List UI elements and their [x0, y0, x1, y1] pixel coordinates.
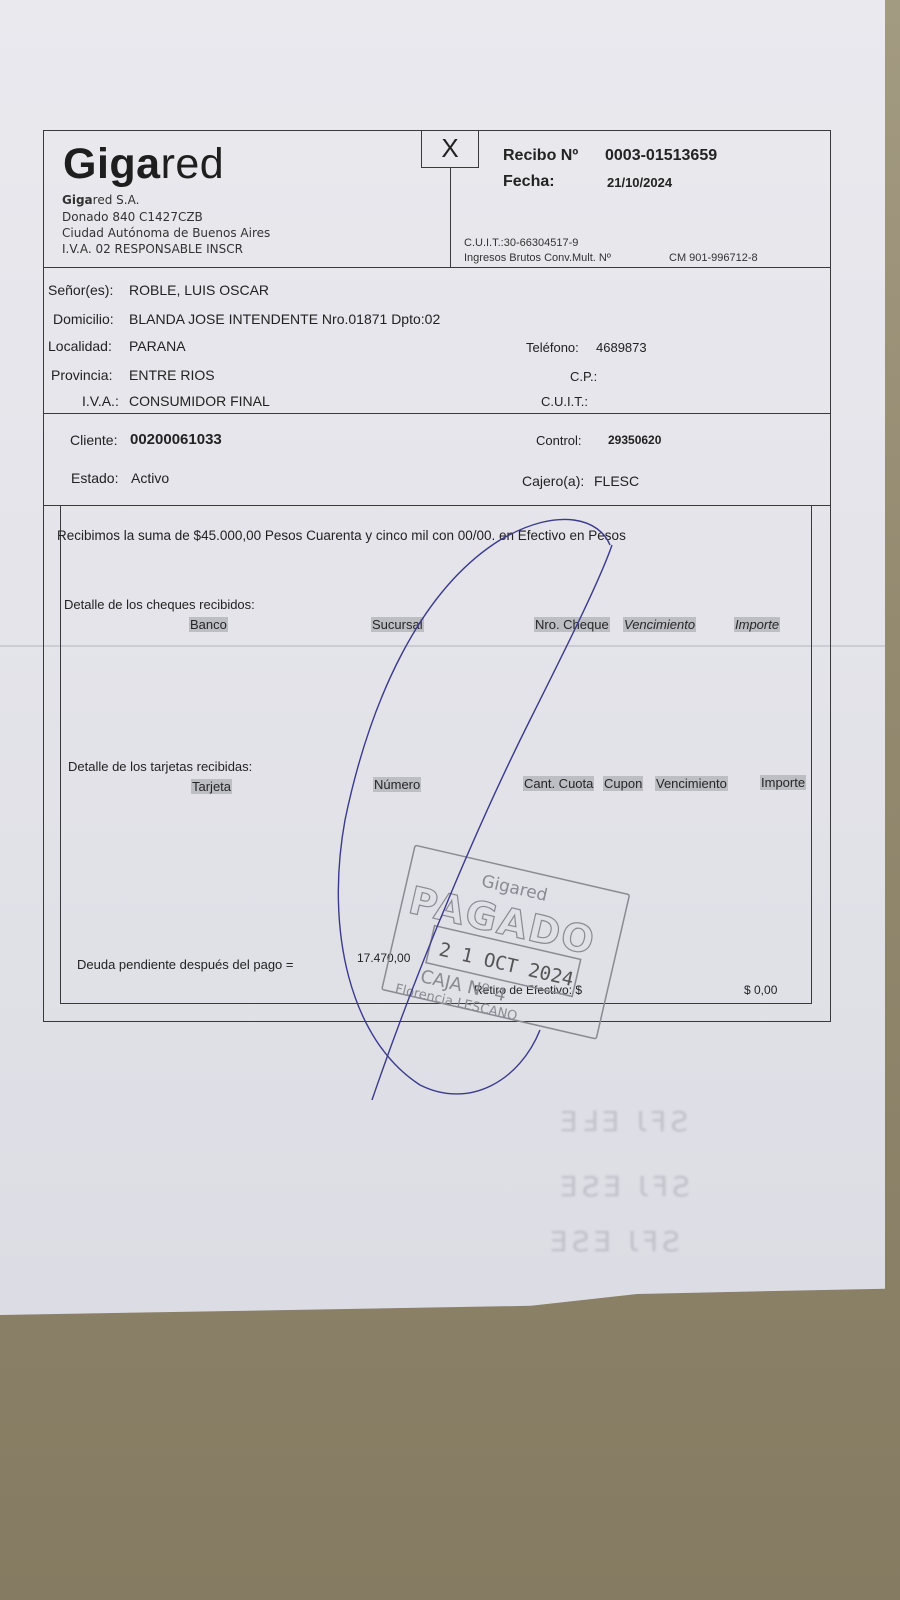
detail-right-border [811, 505, 812, 1003]
cash-withdrawal-label: Retiro de Efectivo: $ [474, 983, 582, 997]
customer-name-label: Señor(es): [48, 282, 113, 298]
card-col-due-date: Vencimiento [655, 776, 728, 791]
cheque-col-branch: Sucursal [371, 617, 424, 632]
detail-left-border [60, 505, 61, 1003]
client-number: 00200061033 [130, 431, 222, 448]
receipt-number-label: Recibo Nº [503, 147, 578, 165]
cheque-col-number: Nro. Cheque [534, 617, 610, 632]
status-label: Estado: [71, 470, 118, 486]
bleed-through-text: ƎℲƎ ƖꟻƧ [560, 1105, 692, 1138]
company-name: Gigared S.A. [62, 193, 139, 207]
customer-iva-label: I.V.A.: [82, 393, 119, 409]
control-number: 29350620 [608, 433, 661, 447]
divider [43, 413, 831, 414]
receipt-date: 21/10/2024 [607, 175, 672, 190]
cheque-col-bank: Banco [189, 617, 228, 632]
divider [43, 505, 831, 506]
card-col-number: Número [373, 777, 421, 792]
document-type-mark: X [421, 131, 479, 168]
cheque-col-due-date: Vencimiento [623, 617, 696, 632]
cash-withdrawal-value: $ 0,00 [744, 983, 777, 997]
iibb-label: Ingresos Brutos Conv.Mult. Nº [464, 252, 611, 264]
customer-cuit-label: C.U.I.T.: [541, 394, 588, 409]
pending-debt-label: Deuda pendiente después del pago = [77, 957, 294, 972]
phone: 4689873 [596, 340, 647, 355]
divider [43, 267, 831, 268]
date-label: Fecha: [503, 173, 555, 191]
company-logo: Gigared [63, 140, 224, 189]
pending-debt-value: 17.470,00 [357, 951, 410, 965]
customer-iva: CONSUMIDOR FINAL [129, 393, 270, 409]
phone-label: Teléfono: [526, 340, 579, 355]
cashier-code: FLESC [594, 473, 639, 489]
bleed-through-text: ƎƧƎ ƖꟻƧ [560, 1170, 694, 1203]
company-city: Ciudad Autónoma de Buenos Aires [62, 226, 270, 240]
cheque-col-amount: Importe [734, 617, 780, 632]
customer-name: ROBLE, LUIS OSCAR [129, 282, 269, 298]
card-col-installments: Cant. Cuota [523, 776, 594, 791]
payment-sentence: Recibimos la suma de $45.000,00 Pesos Cu… [57, 528, 626, 543]
customer-province: ENTRE RIOS [129, 367, 215, 383]
company-address: Donado 840 C1427CZB [62, 210, 203, 224]
card-col-card: Tarjeta [191, 779, 232, 794]
company-cuit: C.U.I.T.:30-66304517-9 [464, 237, 578, 249]
header-divider [450, 167, 451, 267]
company-iva: I.V.A. 02 RESPONSABLE INSCR [62, 242, 243, 256]
client-label: Cliente: [70, 432, 117, 448]
cards-title: Detalle de los tarjetas recibidas: [68, 759, 252, 774]
status-value: Activo [131, 470, 169, 486]
cheques-title: Detalle de los cheques recibidos: [64, 597, 255, 612]
customer-address-label: Domicilio: [53, 311, 114, 327]
customer-address: BLANDA JOSE INTENDENTE Nro.01871 Dpto:02 [129, 311, 440, 327]
customer-province-label: Provincia: [51, 367, 112, 383]
card-col-coupon: Cupon [603, 776, 643, 791]
iibb-value: CM 901-996712-8 [669, 252, 758, 264]
control-label: Control: [536, 433, 582, 448]
receipt-number: 0003-01513659 [605, 147, 717, 165]
bleed-through-text: ƎƧƎ ƖꟻƧ [550, 1225, 684, 1258]
postal-code-label: C.P.: [570, 369, 597, 384]
customer-locality: PARANA [129, 338, 186, 354]
customer-locality-label: Localidad: [48, 338, 112, 354]
cashier-label: Cajero(a): [522, 473, 584, 489]
divider [60, 1003, 812, 1004]
card-col-amount: Importe [760, 775, 806, 790]
